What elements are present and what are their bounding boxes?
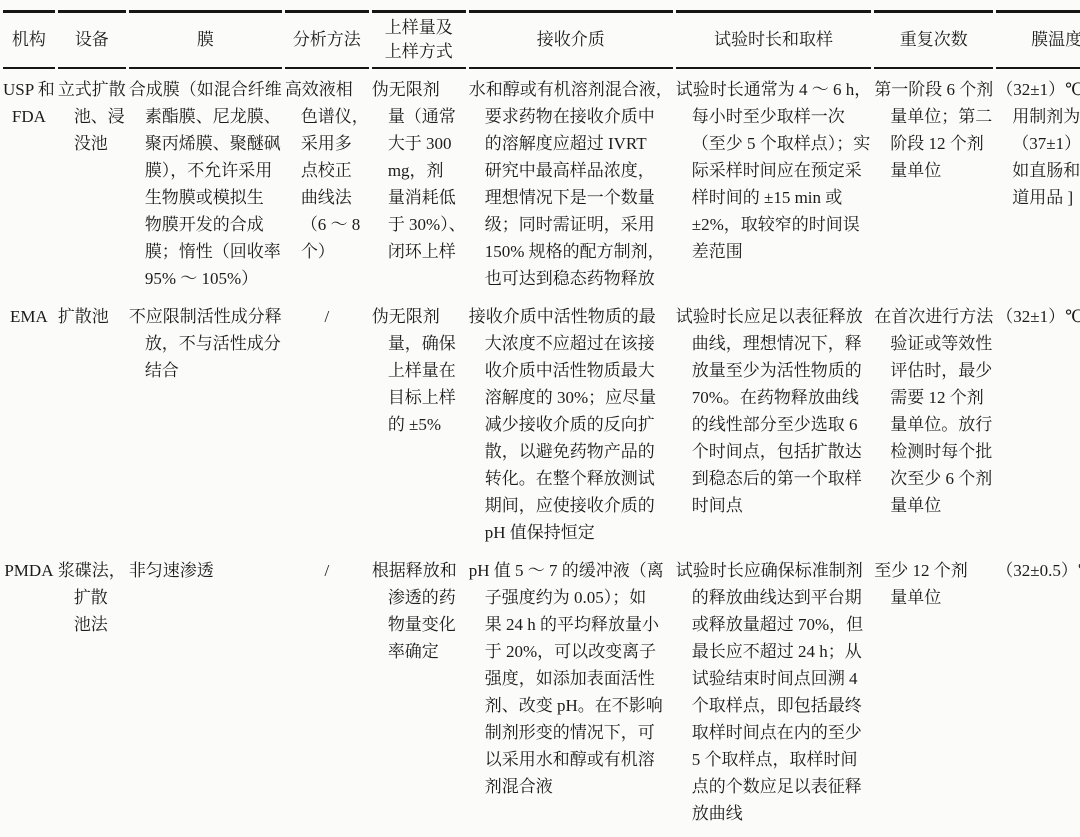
cell-pmda-replicates: 至少 12 个剂 量单位 <box>874 550 993 837</box>
cell-pmda-method: / <box>285 550 369 837</box>
cell-usp-agency: USP 和 FDA <box>3 69 55 296</box>
col-header-agency: 机构 <box>3 10 55 69</box>
cell-usp-device: 立式扩散 池、浸 没池 <box>58 69 126 296</box>
cell-usp-temperature: （32±1）℃ [内 用制剂为 （37±1）℃， 如直肠和阴 道用品 ] <box>996 69 1080 296</box>
col-header-device: 设备 <box>58 10 126 69</box>
cell-usp-duration: 试验时长通常为 4 ～ 6 h， 每小时至少取样一次 （至少 5 个取样点）；实… <box>676 69 872 296</box>
cell-pmda-duration: 试验时长应确保标准制剂 的释放曲线达到平台期 或释放量超过 70%，但 最长应不… <box>676 550 872 837</box>
table-row-usp-fda: USP 和 FDA 立式扩散 池、浸 没池 合成膜（如混合纤维 素酯膜、尼龙膜、… <box>3 69 1080 296</box>
col-header-replicates: 重复次数 <box>874 10 993 69</box>
col-header-receiving-medium: 接收介质 <box>469 10 673 69</box>
cell-pmda-loading: 根据释放和 渗透的药 物量变化 率确定 <box>372 550 466 837</box>
cell-pmda-temperature: （32±0.5）℃ <box>996 550 1080 837</box>
cell-usp-method: 高效液相 色谱仪， 采用多 点校正 曲线法 （6 ～ 8 个） <box>285 69 369 296</box>
cell-pmda-agency: PMDA <box>3 550 55 837</box>
scanned-page: 机构 设备 膜 分析方法 上样量及 上样方式 接收介质 试验时长和取样 重复次数… <box>0 0 1080 837</box>
cell-ema-temperature: （32±1）℃ <box>996 296 1080 550</box>
cell-ema-replicates: 在首次进行方法 验证或等效性 评估时，最少 需要 12 个剂 量单位。放行 检测… <box>874 296 993 550</box>
ivrt-regulatory-comparison-table: 机构 设备 膜 分析方法 上样量及 上样方式 接收介质 试验时长和取样 重复次数… <box>0 10 1080 837</box>
cell-ema-method: / <box>285 296 369 550</box>
cell-ema-duration: 试验时长应足以表征释放 曲线，理想情况下，释 放量至少为活性物质的 70%。在药… <box>676 296 872 550</box>
cell-ema-loading: 伪无限剂 量，确保 上样量在 目标上样 的 ±5% <box>372 296 466 550</box>
cell-usp-membrane: 合成膜（如混合纤维 素酯膜、尼龙膜、 聚丙烯膜、聚醚砜 膜），不允许采用 生物膜… <box>129 69 282 296</box>
cell-pmda-medium: pH 值 5 ～ 7 的缓冲液（离 子强度约为 0.05）；如 果 24 h 的… <box>469 550 673 837</box>
col-header-analysis-method: 分析方法 <box>285 10 369 69</box>
cell-usp-loading: 伪无限剂 量（通常 大于 300 mg，剂 量消耗低 于 30%）、 闭环上样 <box>372 69 466 296</box>
table-row-ema: EMA 扩散池 不应限制活性成分释 放，不与活性成分 结合 / 伪无限剂 量，确… <box>3 296 1080 550</box>
col-header-membrane: 膜 <box>129 10 282 69</box>
col-header-membrane-temperature: 膜温度 <box>996 10 1080 69</box>
cell-pmda-device: 浆碟法， 扩散 池法 <box>58 550 126 837</box>
cell-ema-agency: EMA <box>3 296 55 550</box>
cell-ema-membrane: 不应限制活性成分释 放，不与活性成分 结合 <box>129 296 282 550</box>
col-header-duration-sampling: 试验时长和取样 <box>676 10 872 69</box>
header-row: 机构 设备 膜 分析方法 上样量及 上样方式 接收介质 试验时长和取样 重复次数… <box>3 10 1080 69</box>
cell-pmda-membrane: 非匀速渗透 <box>129 550 282 837</box>
col-header-loading: 上样量及 上样方式 <box>372 10 466 69</box>
cell-ema-medium: 接收介质中活性物质的最 大浓度不应超过在该接 收介质中活性物质最大 溶解度的 3… <box>469 296 673 550</box>
cell-ema-device: 扩散池 <box>58 296 126 550</box>
cell-usp-medium: 水和醇或有机溶剂混合液， 要求药物在接收介质中 的溶解度应超过 IVRT 研究中… <box>469 69 673 296</box>
cell-usp-replicates: 第一阶段 6 个剂 量单位；第二 阶段 12 个剂 量单位 <box>874 69 993 296</box>
table-row-pmda: PMDA 浆碟法， 扩散 池法 非匀速渗透 / 根据释放和 渗透的药 物量变化 … <box>3 550 1080 837</box>
